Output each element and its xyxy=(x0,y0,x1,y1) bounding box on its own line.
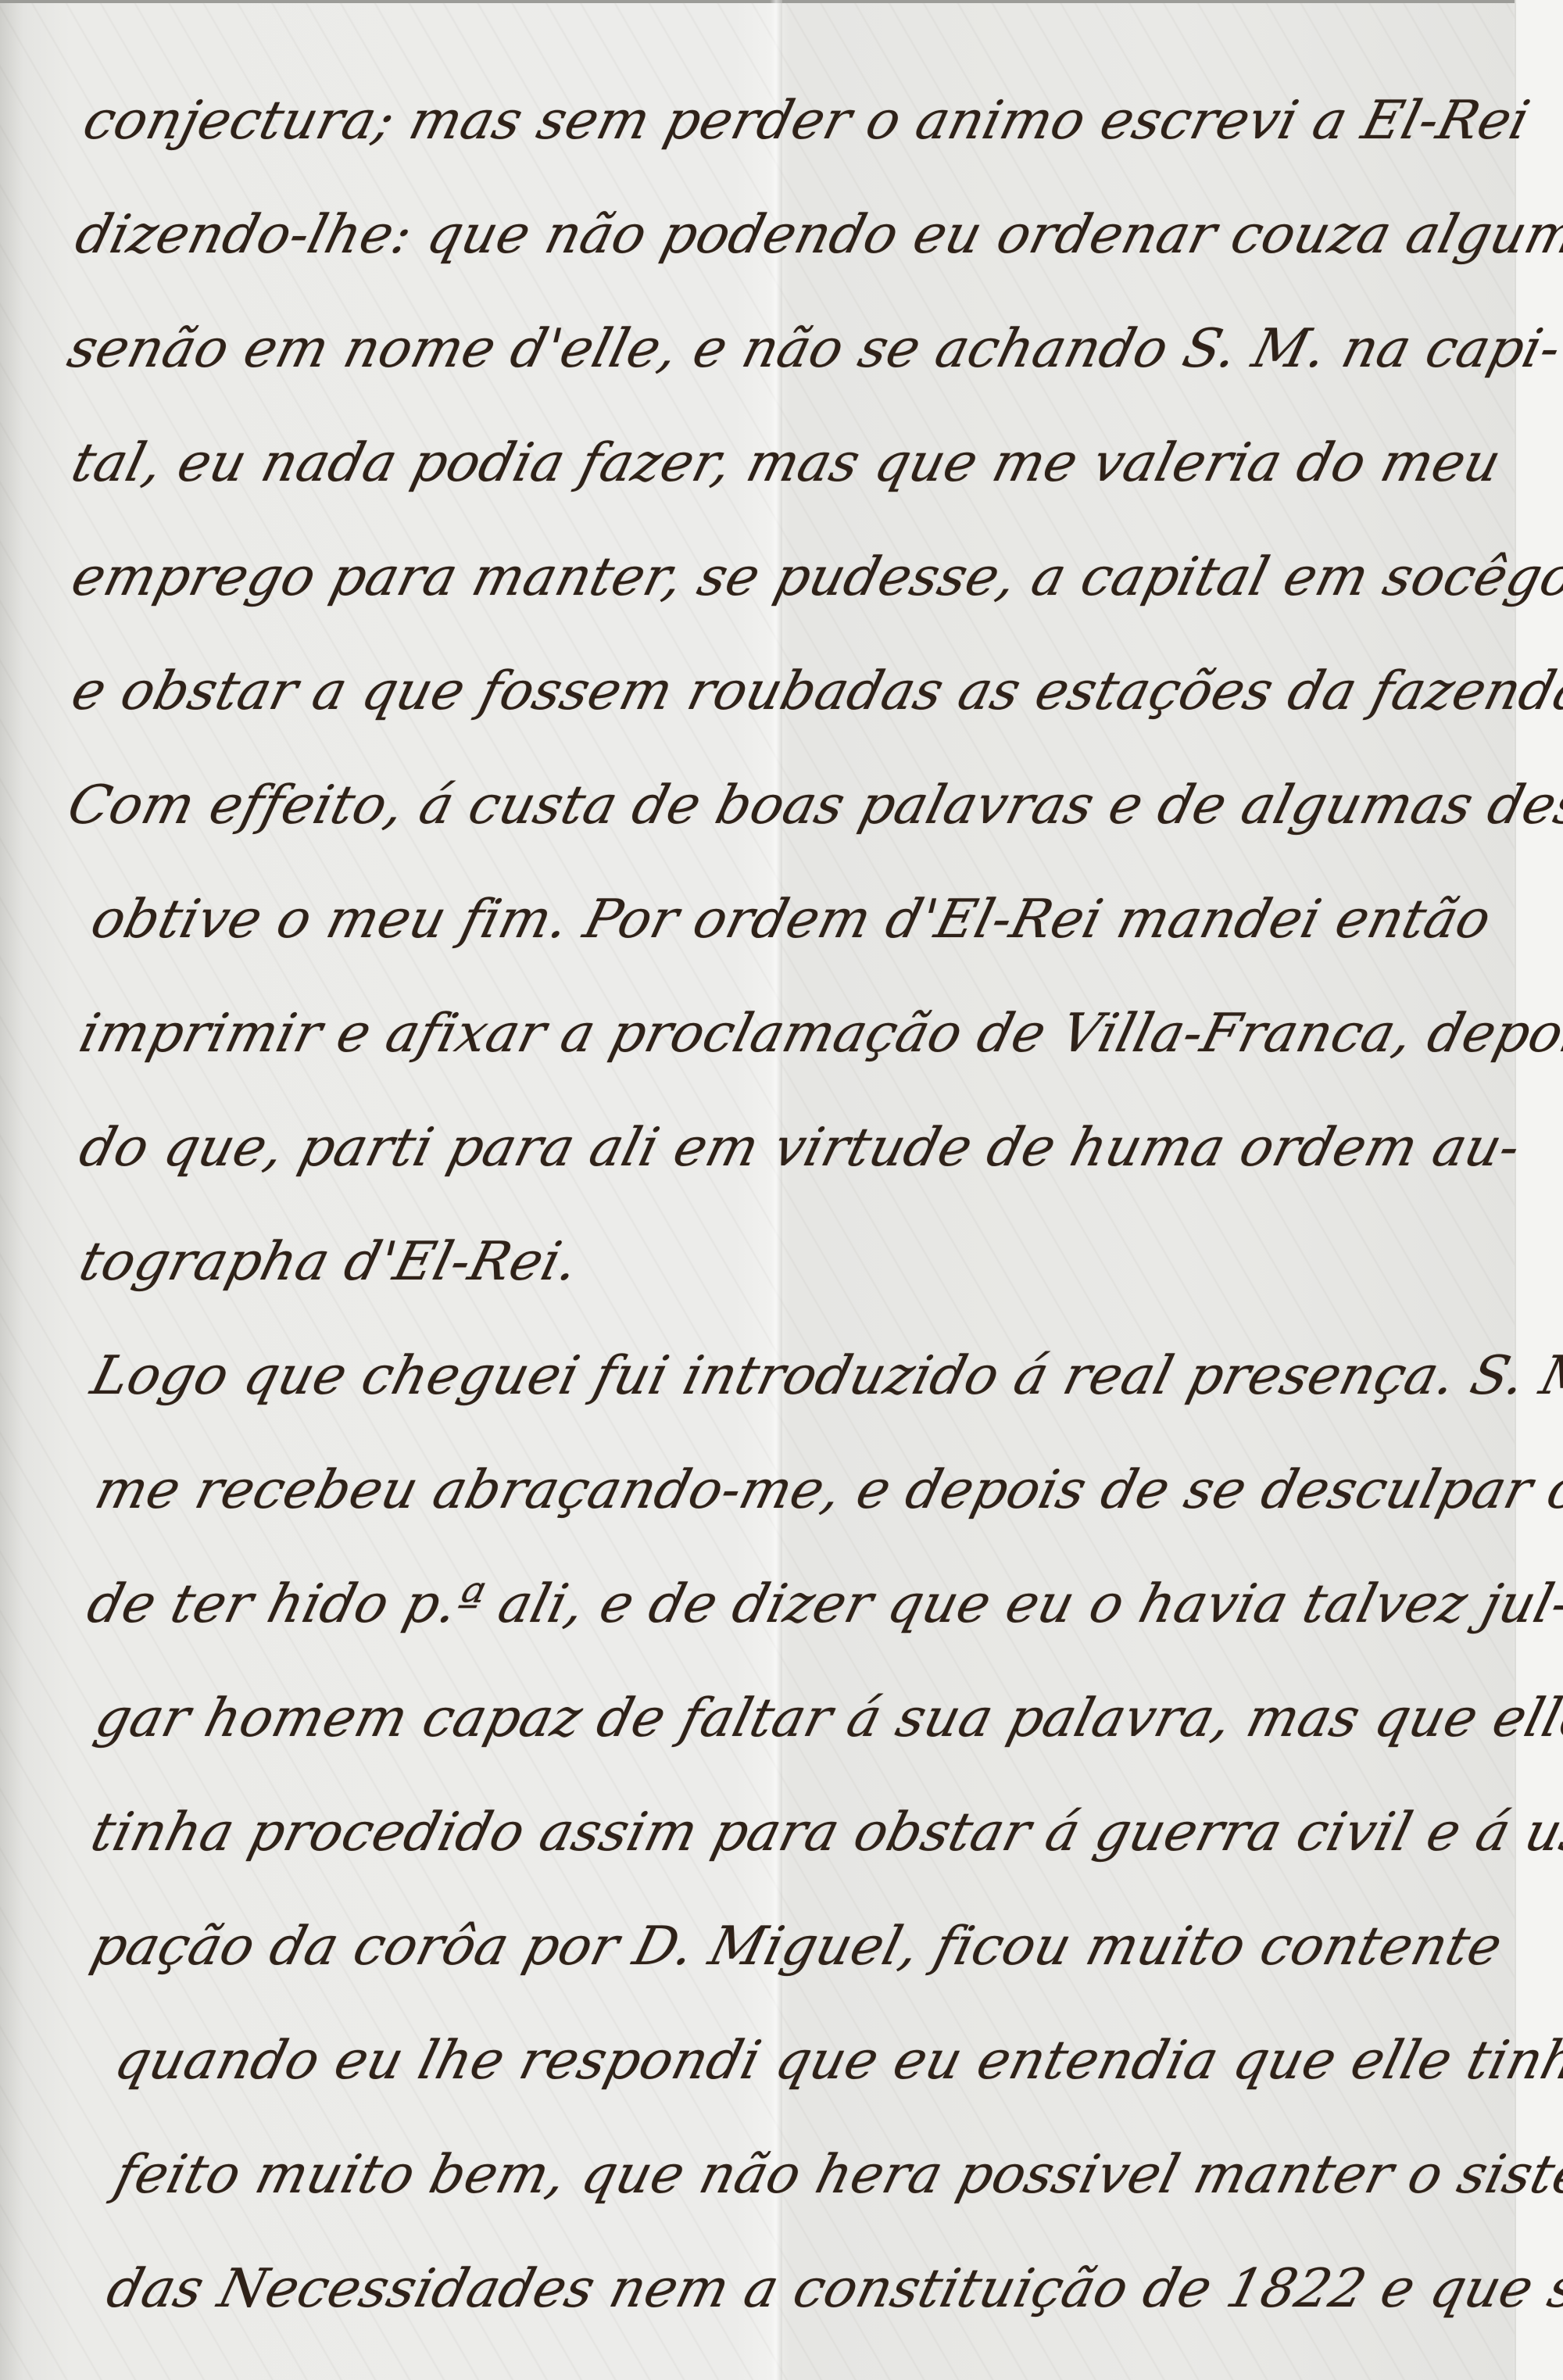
manuscript-line-2: dizendo-lhe: que não podendo eu ordenar … xyxy=(66,192,1525,278)
manuscript-line-16: tinha procedido assim para obstar á guer… xyxy=(82,1790,1541,1876)
manuscript-line-15: gar homem capaz de faltar á sua palavra,… xyxy=(86,1676,1545,1762)
manuscript-line-13: me recebeu abraçando-me, e depois de se … xyxy=(86,1448,1545,1534)
manuscript-line-4: tal, eu nada podia fazer, mas que me val… xyxy=(63,421,1522,506)
manuscript-line-14: de ter hido p.ª ali, e de dizer que eu o… xyxy=(78,1562,1537,1648)
manuscript-line-18: quando eu lhe respondi que eu entendia q… xyxy=(106,2018,1563,2104)
manuscript-line-9: imprimir e afixar a proclamação de Villa… xyxy=(70,991,1529,1077)
manuscript-page: conjectura; mas sem perder o animo escre… xyxy=(0,0,1563,2380)
manuscript-line-5: emprego para manter, se pudesse, a capit… xyxy=(63,535,1522,621)
manuscript-line-10: do que, parti para ali em virtude de hum… xyxy=(70,1105,1529,1191)
page-top-edge xyxy=(0,0,1563,3)
manuscript-line-7: Com effeito, á custa de boas palavras e … xyxy=(59,763,1518,849)
manuscript-line-6: e obstar a que fossem roubadas as estaçõ… xyxy=(63,649,1522,735)
manuscript-line-20: das Necessidades nem a constituição de 1… xyxy=(98,2246,1557,2332)
manuscript-line-12: Logo que cheguei fui introduzido á real … xyxy=(82,1333,1541,1419)
manuscript-line-1: conjectura; mas sem perder o animo escre… xyxy=(74,78,1533,164)
manuscript-line-3: senão em nome d'elle, e não se achando S… xyxy=(59,306,1518,392)
manuscript-line-19: feito muito bem, que não hera possivel m… xyxy=(106,2132,1563,2218)
manuscript-line-17: pação da corôa por D. Miguel, ficou muit… xyxy=(82,1904,1541,1990)
manuscript-line-11: tographa d'El-Rei. xyxy=(70,1219,1529,1305)
manuscript-line-8: obtive o meu fim. Por ordem d'El-Rei man… xyxy=(82,877,1541,963)
